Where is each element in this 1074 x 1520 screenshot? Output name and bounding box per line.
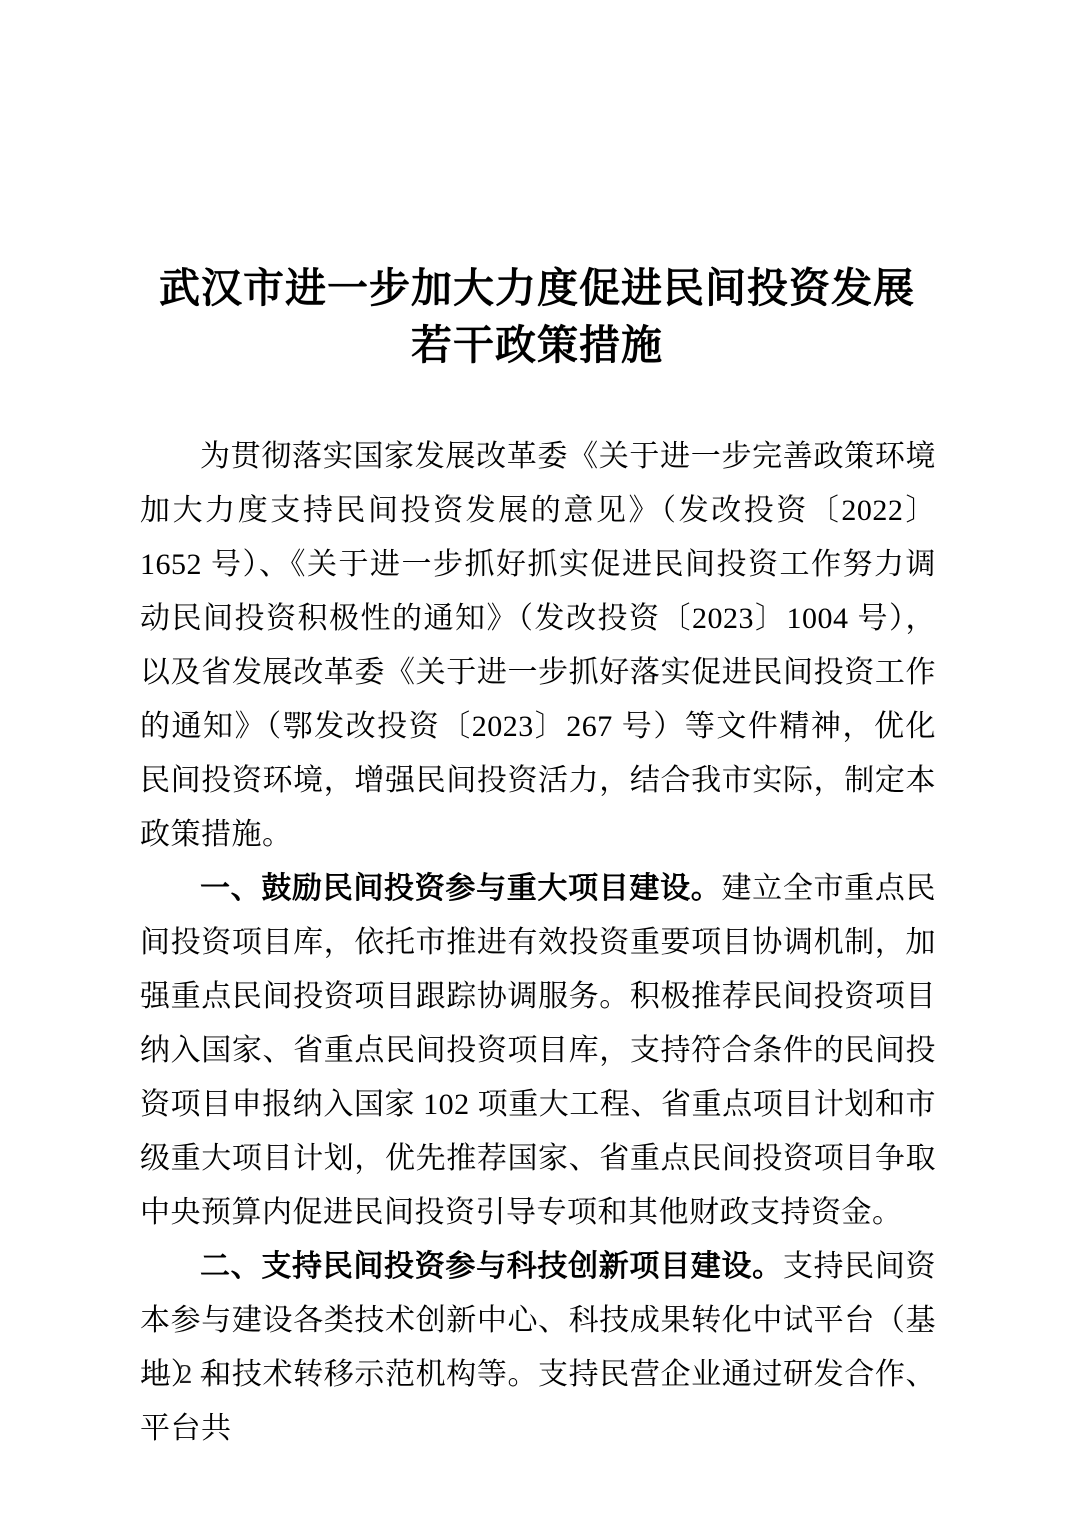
- document-body: 为贯彻落实国家发展改革委《关于进一步完善政策环境加大力度支持民间投资发展的意见》…: [140, 430, 936, 1456]
- paragraph-intro-text: 为贯彻落实国家发展改革委《关于进一步完善政策环境加大力度支持民间投资发展的意见》…: [140, 440, 936, 851]
- title-line-1: 武汉市进一步加大力度促进民间投资发展: [0, 260, 1074, 317]
- page-number: — 2 —: [143, 1356, 229, 1392]
- document-title: 武汉市进一步加大力度促进民间投资发展 若干政策措施: [0, 260, 1074, 374]
- paragraph-section-2: 二、支持民间投资参与科技创新项目建设。支持民间资本参与建设各类技术创新中心、科技…: [140, 1240, 936, 1456]
- paragraph-section-1: 一、鼓励民间投资参与重大项目建设。建立全市重点民间投资项目库，依托市推进有效投资…: [140, 862, 936, 1240]
- title-line-2: 若干政策措施: [0, 317, 1074, 374]
- section-1-heading: 一、鼓励民间投资参与重大项目建设。: [200, 872, 721, 905]
- section-2-heading: 二、支持民间投资参与科技创新项目建设。: [200, 1250, 783, 1283]
- section-1-body-text: 建立全市重点民间投资项目库，依托市推进有效投资重要项目协调机制，加强重点民间投资…: [140, 872, 936, 1229]
- document-page: 武汉市进一步加大力度促进民间投资发展 若干政策措施 为贯彻落实国家发展改革委《关…: [0, 0, 1074, 1520]
- paragraph-intro: 为贯彻落实国家发展改革委《关于进一步完善政策环境加大力度支持民间投资发展的意见》…: [140, 430, 936, 862]
